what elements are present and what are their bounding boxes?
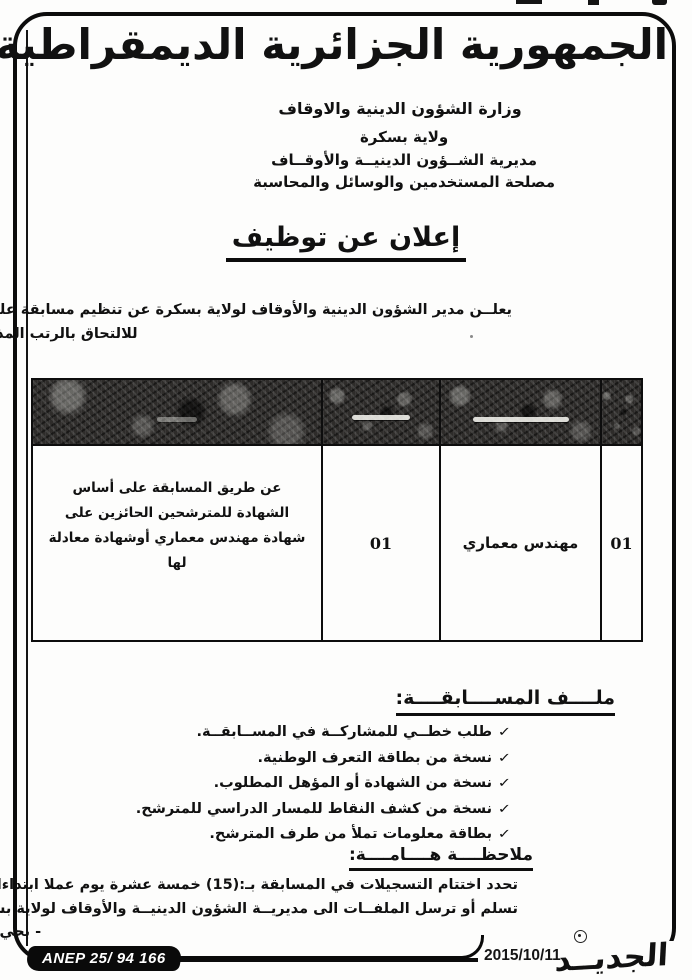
table-header-row-illegible	[32, 379, 642, 445]
cell-rank: مهندس معماري	[440, 445, 601, 641]
ministry-name: وزارة الشؤون الدينية والاوقاف	[108, 99, 692, 118]
header-cell-rank	[440, 379, 601, 445]
list-item: ✓نسخة من الشهادة أو المؤهل المطلوب.	[136, 771, 510, 797]
header-cell-positions	[322, 379, 440, 445]
note-line-2: تسلم أو ترسل الملفــات الى مديريــة الشؤ…	[0, 898, 518, 922]
cell-recruitment-method: عن طريق المسابقة على أساس الشهادة للمترش…	[32, 445, 322, 641]
scan-streak	[157, 417, 197, 422]
announcement-title: إعلان عن توظيف	[0, 222, 692, 262]
note-section-heading: ملاحظــــة هــــامــــة:	[349, 845, 533, 871]
intro-line-1: يعلــن مدير الشؤون الدينية والأوقاف لولا…	[0, 298, 512, 322]
check-icon: ✓	[498, 822, 512, 848]
footer-rule	[160, 956, 465, 960]
intro-line-2: للالتحاق بالرتب المذكورة ادناه.	[0, 322, 512, 346]
scan-streak	[473, 417, 569, 422]
newspaper-name: الجديــد	[554, 940, 669, 976]
directorate-name: مديرية الشــؤون الدينيــة والأوقــاف	[253, 149, 555, 172]
newspaper-logo: الجديــد	[556, 930, 668, 973]
note-paragraph: تحدد اختتام التسجيلات في المسابقة بـ:(15…	[0, 874, 518, 945]
scan-artifact	[652, 0, 667, 5]
list-item: ✓نسخة من بطاقة التعرف الوطنية.	[136, 746, 510, 772]
wilaya-name: ولاية بسكرة	[253, 126, 555, 149]
required-documents-list: ✓طلب خطــي للمشاركــة في المســابقــة. ✓…	[136, 720, 510, 848]
service-name: مصلحة المستخدمين والوسائل والمحاسبة	[253, 171, 555, 194]
positions-table: 01 مهندس معماري 01 عن طريق المسابقة على …	[31, 378, 643, 642]
scan-streak	[352, 415, 410, 420]
check-icon: ✓	[498, 720, 512, 746]
anep-reference: ANEP 25/ 94 166	[42, 950, 166, 967]
header-cell-method	[32, 379, 322, 445]
scan-artifact	[516, 0, 542, 4]
column-rule	[26, 30, 28, 946]
list-item: ✓نسخة من كشف النقاط للمسار الدراسي للمتر…	[136, 797, 510, 823]
file-section-heading: ملــــف المســــابقــــة:	[396, 687, 615, 716]
anep-reference-badge: ANEP 25/ 94 166	[25, 946, 183, 971]
check-icon: ✓	[498, 746, 512, 772]
republic-title: الجمهورية الجزائرية الديمقراطية الشعبية	[24, 20, 668, 69]
check-icon: ✓	[498, 771, 512, 797]
note-line-3: - بحي الوادي الشمالي بسكرة.	[0, 921, 518, 945]
announcement-intro: يعلــن مدير الشؤون الدينية والأوقاف لولا…	[0, 298, 512, 346]
cell-positions-count: 01	[322, 445, 440, 641]
table-row: 01 مهندس معماري 01 عن طريق المسابقة على …	[32, 445, 642, 641]
publication-date: 2015/10/11	[484, 947, 561, 965]
list-item: ✓بطاقة معلومات تملأ من طرف المترشح.	[136, 822, 510, 848]
check-icon: ✓	[498, 797, 512, 823]
scanned-job-announcement: الجمهورية الجزائرية الديمقراطية الشعبية …	[0, 0, 692, 980]
issuing-authority-block: ولاية بسكرة مديرية الشــؤون الدينيــة وا…	[253, 126, 555, 194]
header-cell-number	[601, 379, 642, 445]
note-line-1: تحدد اختتام التسجيلات في المسابقة بـ:(15…	[0, 874, 518, 898]
list-item: ✓طلب خطــي للمشاركــة في المســابقــة.	[136, 720, 510, 746]
cell-row-number: 01	[601, 445, 642, 641]
scan-artifact	[588, 0, 599, 5]
